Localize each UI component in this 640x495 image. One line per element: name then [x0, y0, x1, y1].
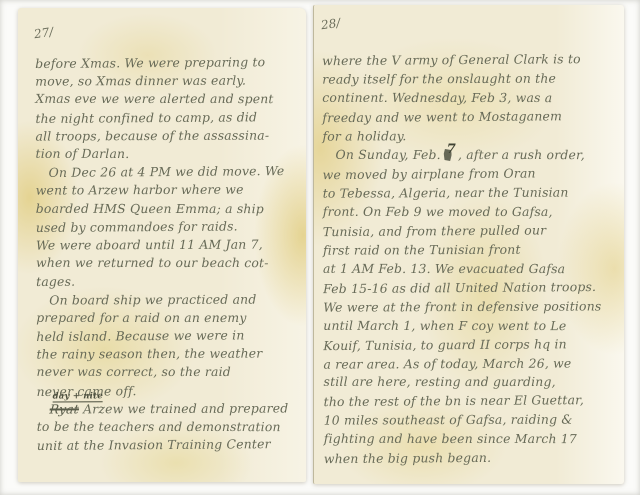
handwritten-line: first raid on the Tunisian front — [323, 240, 620, 260]
handwritten-line: never was correct, so the raid — [37, 363, 301, 381]
handwritten-line: 10 miles southeast of Gafsa, raiding & — [324, 411, 621, 431]
handwritten-line: still are here, resting and guarding, — [324, 373, 621, 392]
left-page-text: before Xmas. We were preparing to move, … — [35, 53, 301, 455]
handwritten-line: boarded HMS Queen Emma; a ship — [36, 200, 300, 218]
handwritten-line: until March 1, when F coy went to Le — [323, 317, 620, 336]
handwritten-line: We were at the front in defensive positi… — [323, 297, 620, 317]
handwritten-line: when we returned to our beach cot- — [36, 254, 300, 272]
right-page: 28/ where the V army of General Clark is… — [313, 5, 624, 484]
handwritten-line: Feb 15-16 as did all United Nation troop… — [323, 278, 620, 299]
inserted-digit: 7 — [447, 142, 456, 157]
handwritten-line: for a holiday. — [322, 126, 619, 146]
handwritten-line: On board ship we practiced and — [36, 290, 300, 309]
handwritten-line: tages. — [36, 271, 300, 291]
handwritten-line: to be the teachers and demonstration — [37, 418, 301, 436]
handwritten-line: held island. Because we were in — [36, 326, 300, 346]
handwritten-line: Kouif, Tunisia, to guard II corps hq in — [323, 334, 620, 355]
left-page-number: 27/ — [33, 25, 54, 42]
handwritten-line: prepared for a raid on an enemy — [36, 309, 300, 327]
handwritten-line: Tunisia, and from there pulled our — [323, 221, 620, 242]
handwritten-line: tho the rest of the bn is near El Guetta… — [324, 391, 621, 412]
handwritten-line: ready itself for the onslaught on the — [322, 69, 619, 89]
line-remainder: Arzew we trained and prepared — [83, 400, 288, 416]
handwritten-line: On Dec 26 at 4 PM we did move. We — [36, 162, 300, 182]
handwritten-line: Xmas eve we were alerted and spent — [35, 90, 299, 108]
handwritten-line: where the V army of General Clark is to — [322, 50, 619, 71]
handwritten-line: a rear area. As of today, March 26, we — [323, 354, 620, 374]
handwritten-line: tion of Darlan. — [36, 145, 300, 163]
handwritten-line-with-date-correction: On Sunday, Feb.7, after a rush order, — [323, 145, 620, 165]
handwritten-line: the night confined to camp, as did — [35, 108, 299, 128]
struck-word: Ryat — [49, 400, 80, 418]
handwritten-line-with-correction: day + niteRyat Arzew we trained and prep… — [37, 399, 301, 418]
handwritten-line: all troops, because of the assassina- — [35, 126, 299, 145]
handwritten-line: move, so Xmas dinner was early. — [35, 72, 299, 91]
line-prefix: On Sunday, Feb. — [336, 146, 441, 161]
handwritten-line: when the big push began. — [324, 448, 621, 469]
handwritten-line: freeday and we went to Mostaganem — [322, 107, 619, 128]
handwritten-line: fighting and have been since March 17 — [324, 430, 621, 449]
handwritten-line: to Tebessa, Algeria, near the Tunisian — [323, 184, 620, 204]
line-remainder: after a rush order, — [466, 147, 585, 162]
handwritten-line: unit at the Invasion Training Center — [37, 435, 301, 455]
handwritten-line: We were aboard until 11 AM Jan 7, — [36, 235, 300, 254]
right-page-number: 28/ — [320, 16, 341, 33]
handwritten-line: at 1 AM Feb. 13. We evacuated Gafsa — [323, 260, 620, 279]
right-page-text: where the V army of General Clark is to … — [322, 50, 621, 468]
handwritten-line: the rainy season then, the weather — [36, 345, 300, 364]
handwritten-line: used by commandoes for raids. — [36, 217, 300, 237]
handwritten-line: continent. Wednesday, Feb 3, was a — [322, 89, 619, 108]
handwritten-line: we moved by airplane from Oran — [323, 164, 620, 185]
left-page: 27/ before Xmas. We were preparing to mo… — [18, 8, 306, 482]
handwritten-line: before Xmas. We were preparing to — [35, 53, 299, 73]
handwritten-line: front. On Feb 9 we moved to Gafsa, — [323, 203, 620, 222]
handwritten-line: went to Arzew harbor where we — [36, 181, 300, 200]
